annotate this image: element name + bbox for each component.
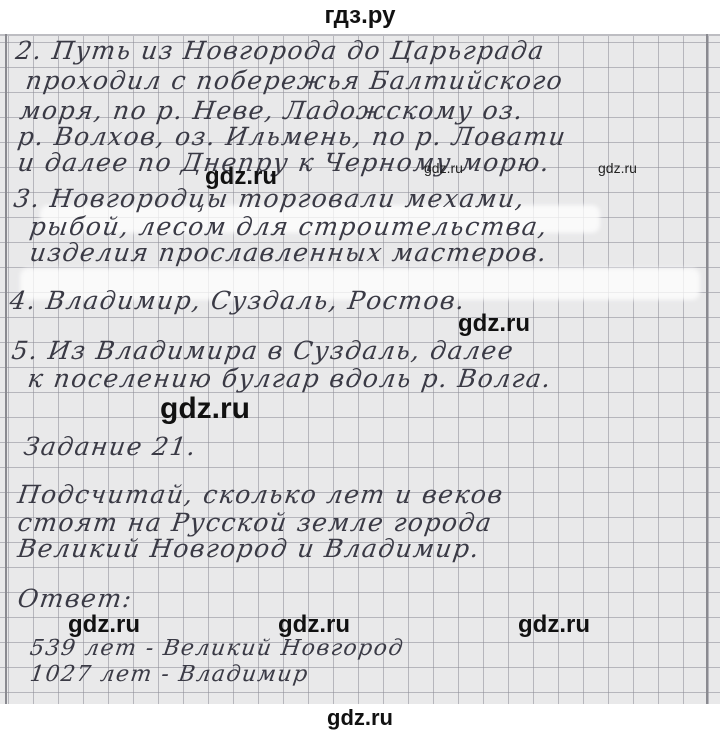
answer-2-line: р. Волхов, оз. Ильмень, по р. Ловати	[16, 122, 568, 151]
answer-5-line: 5. Из Владимира в Суздаль, далее	[10, 336, 516, 365]
watermark: gdz.ru	[205, 163, 277, 191]
watermark: gdz.ru	[424, 160, 463, 176]
watermark: gdz.ru	[68, 611, 140, 639]
answer-3-line: рыбой, лесом для строительства,	[28, 212, 550, 241]
answer-4-line: 4. Владимир, Суздаль, Ростов.	[8, 286, 468, 315]
margin-line-left	[5, 34, 7, 704]
answer-2-line: моря, по р. Неве, Ладожскому оз.	[18, 96, 526, 125]
answer-3-line: изделия прославленных мастеров.	[28, 238, 550, 267]
watermark: gdz.ru	[278, 611, 350, 639]
task-answer-line: 539 лет - Великий Новгород	[28, 636, 406, 661]
task-question-line: Великий Новгород и Владимир.	[16, 534, 482, 563]
answer-5-line: к поселению булгар вдоль р. Волга.	[26, 364, 554, 393]
answer-label: Ответ:	[16, 584, 135, 613]
answer-2-line: и далее по Днепру к Черному морю.	[16, 148, 553, 177]
margin-line-right	[706, 34, 708, 704]
watermark: gdz.ru	[160, 392, 250, 426]
watermark: gdz.ru	[518, 611, 590, 639]
task-answer-line: 1027 лет - Владимир	[28, 662, 310, 687]
site-footer: gdz.ru	[0, 704, 720, 733]
answer-2-line: 2. Путь из Новгорода до Царьграда	[14, 36, 547, 65]
watermark: gdz.ru	[458, 310, 530, 338]
task-question-line: Подсчитай, сколько лет и веков	[16, 480, 506, 509]
answer-2-line: проходил с побережья Балтийского	[24, 66, 565, 95]
watermark: gdz.ru	[598, 160, 637, 176]
task-heading: Задание 21.	[22, 432, 199, 461]
site-header: гдз.ру	[0, 0, 720, 34]
task-question-line: стоят на Русской земле города	[16, 508, 495, 537]
